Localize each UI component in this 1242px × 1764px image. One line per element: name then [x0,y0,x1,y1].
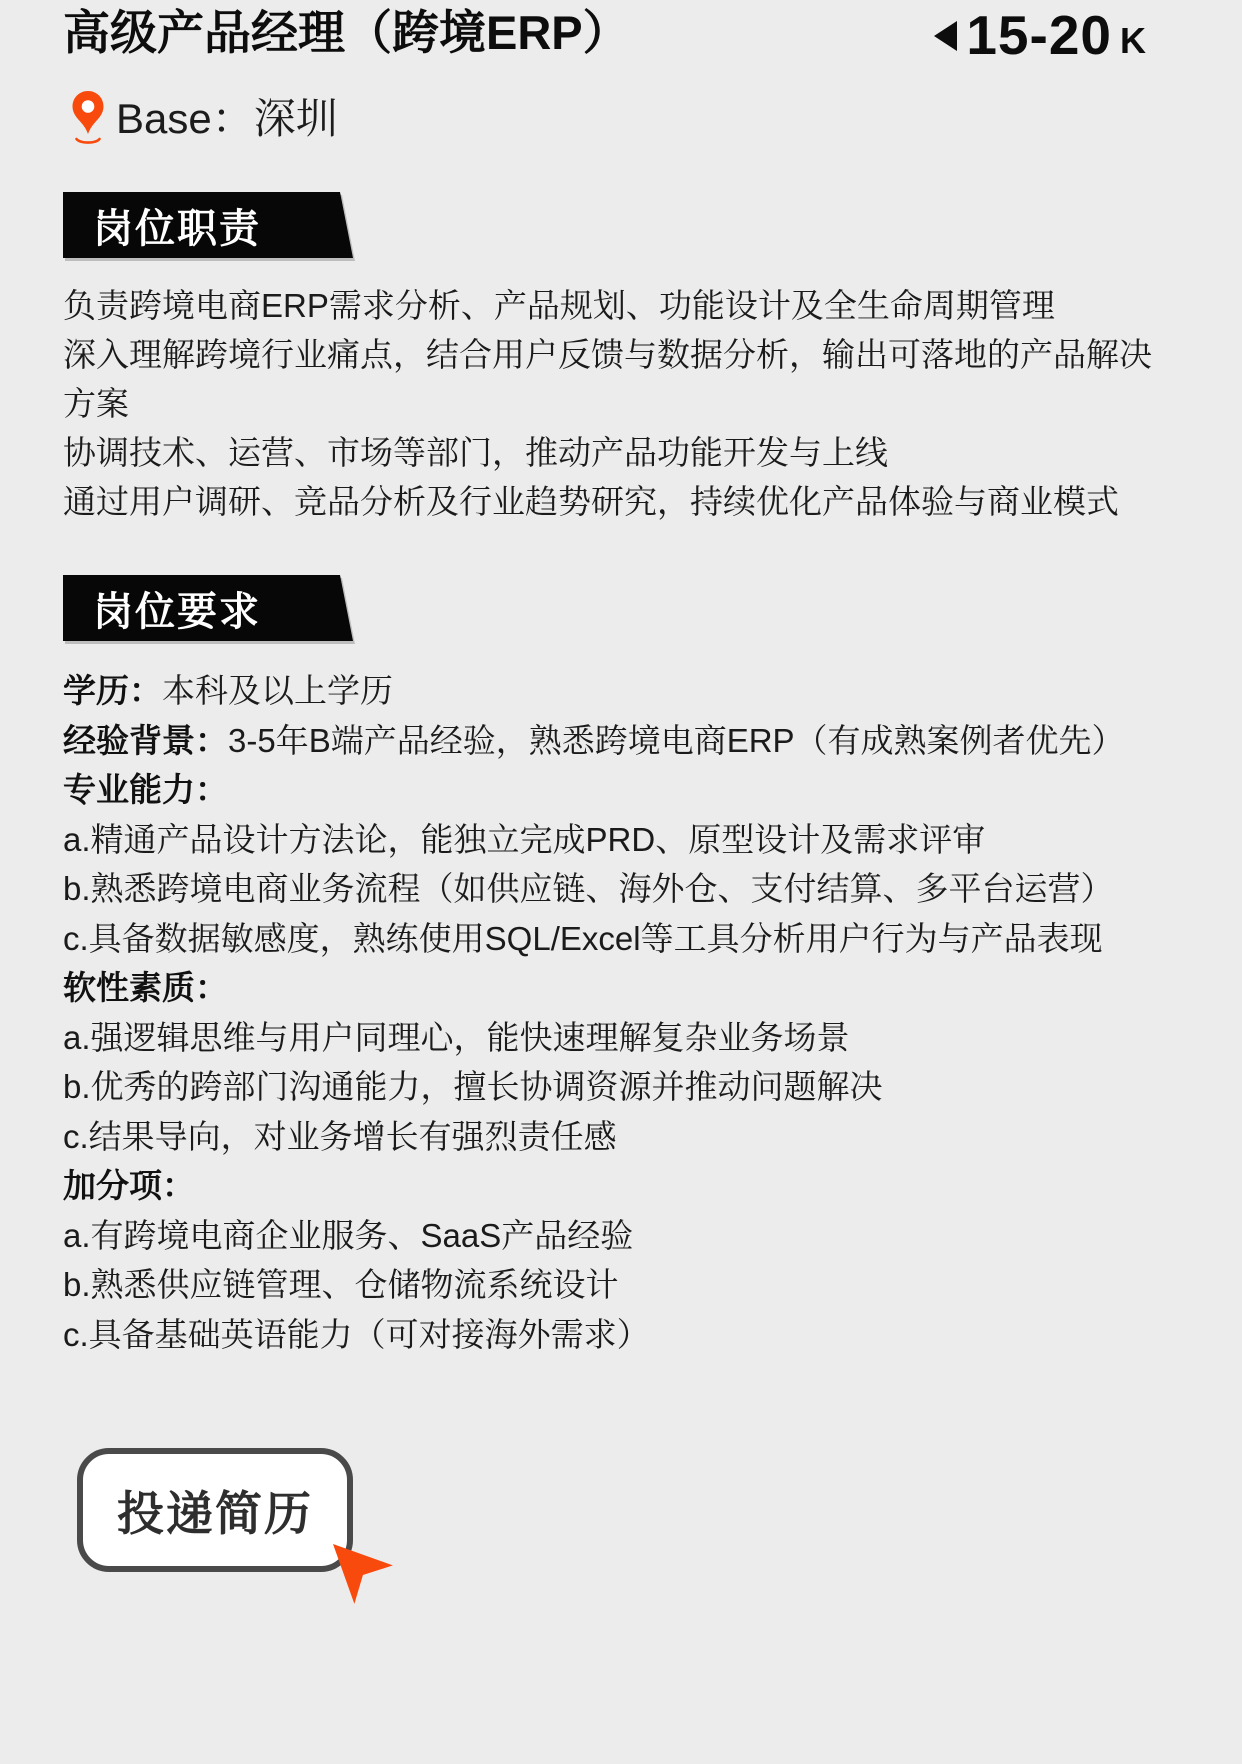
requirement-item: b.熟悉供应链管理、仓储物流系统设计 [63,1260,1175,1310]
responsibility-item: 通过用户调研、竞品分析及行业趋势研究，持续优化产品体验与商业模式 [63,477,1175,526]
requirement-item: c.具备基础英语能力（可对接海外需求） [63,1310,1175,1360]
requirement-item: a.有跨境电商企业服务、SaaS产品经验 [63,1211,1175,1261]
section-heading-label: 岗位要求 [63,580,261,637]
responsibility-item: 负责跨境电商ERP需求分析、产品规划、功能设计及全生命周期管理 [63,281,1175,330]
requirement-item: 经验背景：3-5年B端产品经验，熟悉跨境电商ERP（有成熟案例者优先） [63,716,1175,766]
section-banner: 岗位职责 [63,192,353,258]
requirement-item: b.优秀的跨部门沟通能力，擅长协调资源并推动问题解决 [63,1062,1175,1112]
requirement-item: 学历：本科及以上学历 [63,666,1175,716]
requirements-list: 学历：本科及以上学历经验背景：3-5年B端产品经验，熟悉跨境电商ERP（有成熟案… [63,666,1175,1359]
requirement-item: c.结果导向，对业务增长有强烈责任感 [63,1112,1175,1162]
base-location: Base：深圳 [116,90,338,148]
job-posting-page: 高级产品经理（跨境ERP） 15-20 K Base：深圳 岗位职责 负责跨境电… [0,0,1242,1764]
requirement-item: c.具备数据敏感度，熟练使用SQL/Excel等工具分析用户行为与产品表现 [63,914,1175,964]
section-banner: 岗位要求 [63,575,353,641]
responsibilities-list: 负责跨境电商ERP需求分析、产品规划、功能设计及全生命周期管理深入理解跨境行业痛… [63,281,1175,526]
base-location-row: Base：深圳 [70,90,338,148]
cursor-arrow-icon [333,1544,395,1606]
salary-badge: 15-20 K [934,8,1146,63]
salary-arrow-icon [934,21,957,51]
submit-resume-button[interactable]: 投递简历 [77,1448,353,1572]
salary-unit: K [1120,19,1146,63]
requirement-item: 软性素质： [63,963,1175,1013]
requirement-item: 专业能力： [63,765,1175,815]
requirement-item: a.精通产品设计方法论，能独立完成PRD、原型设计及需求评审 [63,815,1175,865]
location-pin-icon [70,90,106,148]
responsibility-item: 协调技术、运营、市场等部门，推动产品功能开发与上线 [63,428,1175,477]
salary-range: 15-20 [966,8,1112,63]
section-header-responsibilities: 岗位职责 [63,192,353,258]
requirement-item: 加分项： [63,1161,1175,1211]
requirement-item: b.熟悉跨境电商业务流程（如供应链、海外仓、支付结算、多平台运营） [63,864,1175,914]
responsibility-item: 深入理解跨境行业痛点，结合用户反馈与数据分析，输出可落地的产品解决方案 [63,330,1175,428]
page-title: 高级产品经理（跨境ERP） [63,4,630,62]
header: 高级产品经理（跨境ERP） 15-20 K [63,4,1146,63]
section-header-requirements: 岗位要求 [63,575,353,641]
submit-resume-label: 投递简历 [117,1477,313,1544]
section-heading-label: 岗位职责 [63,197,261,254]
requirement-item: a.强逻辑思维与用户同理心，能快速理解复杂业务场景 [63,1013,1175,1063]
